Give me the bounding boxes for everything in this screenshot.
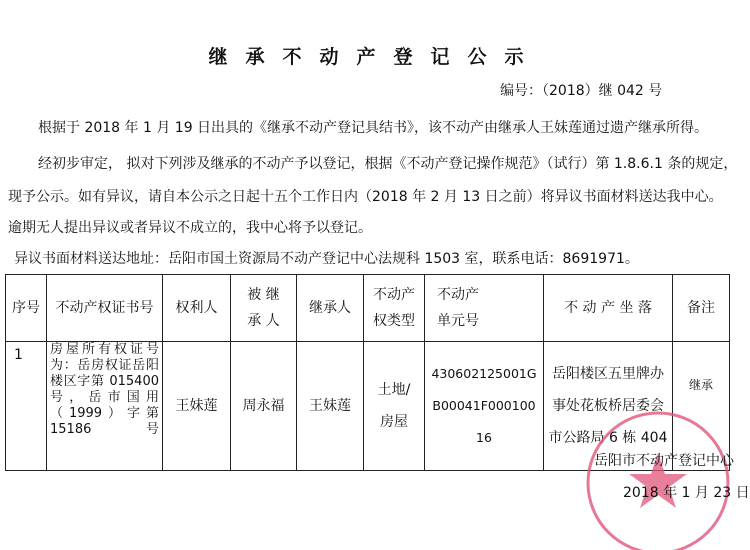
header-decedent: 被 继 承 人 xyxy=(231,275,297,342)
header-remark: 备注 xyxy=(673,275,730,342)
cell-right-type: 土地/ 房屋 xyxy=(364,342,425,471)
objection-address: 异议书面材料送达地址：岳阳市国土资源局不动产登记中心法规科 1503 室，联系电… xyxy=(14,248,639,268)
paragraph-1: 根据于 2018 年 1 月 19 日出具的《继承不动产登记具结书》，该不动产由… xyxy=(38,117,708,137)
cell-cert: 房屋所有权证号为：岳房权证岳阳楼区字第 015400 号，岳市国用（1999）字… xyxy=(47,342,163,471)
table-header-row: 序号 不动产权证书号 权利人 被 继 承 人 继承人 不动产 权类型 不动产 单… xyxy=(6,275,730,342)
cell-unit-no: 430602125001G B00041F000100 16 xyxy=(425,342,544,471)
header-cert: 不动产权证书号 xyxy=(47,275,163,342)
header-no: 序号 xyxy=(6,275,47,342)
cell-no: 1 xyxy=(6,342,47,471)
header-location: 不 动 产 坐 落 xyxy=(544,275,673,342)
official-seal-icon xyxy=(583,408,733,550)
cell-decedent: 周永福 xyxy=(231,342,297,471)
header-unit-no: 不动产 单元号 xyxy=(425,275,544,342)
cell-heir: 王妹莲 xyxy=(297,342,364,471)
page-title: 继承不动产登记公示 xyxy=(0,42,750,69)
paragraph-2: 经初步审定， 拟对下列涉及继承的不动产予以登记，根据《不动产登记操作规范》（试行… xyxy=(38,153,737,173)
paragraph-4: 逾期无人提出异议或者异议不成立的，我中心将予以登记。 xyxy=(8,217,372,237)
paragraph-3: 现予公示。如有异议，请自本公示之日起十五个工作日内（2018 年 2 月 13 … xyxy=(8,186,723,206)
header-owner: 权利人 xyxy=(163,275,231,342)
cell-owner: 王妹莲 xyxy=(163,342,231,471)
header-right-type: 不动产 权类型 xyxy=(364,275,425,342)
document-number: 编号：（2018）继 042 号 xyxy=(500,80,662,100)
header-heir: 继承人 xyxy=(297,275,364,342)
issuer-signature: 岳阳市不动产登记中心 xyxy=(594,450,734,470)
issue-date: 2018 年 1 月 23 日 xyxy=(623,482,750,502)
